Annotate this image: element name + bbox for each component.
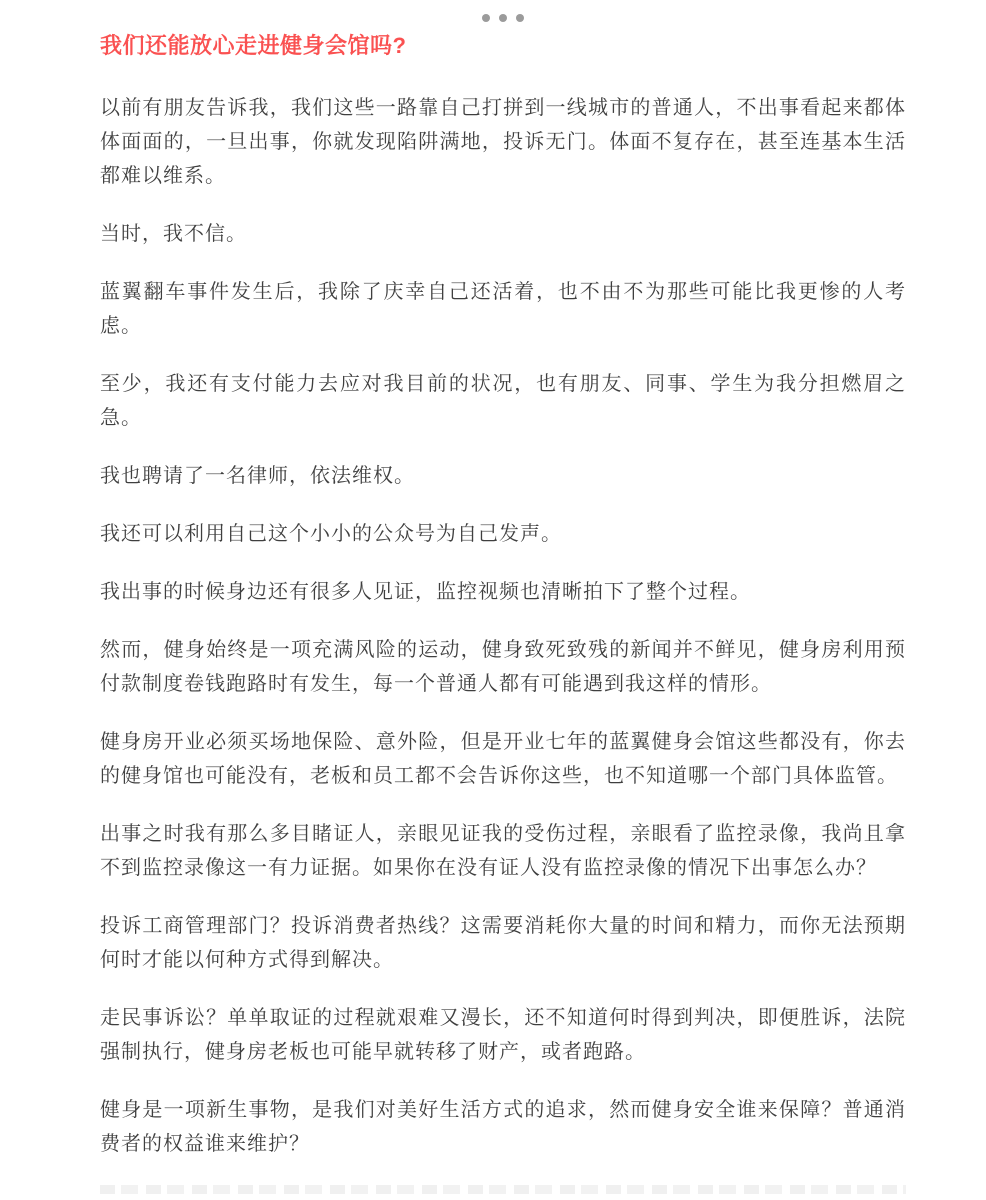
more-menu-button[interactable] xyxy=(100,14,906,22)
article-paragraph: 投诉工商管理部门？投诉消费者热线？这需要消耗你大量的时间和精力，而你无法预期何时… xyxy=(100,909,906,977)
article-paragraph: 以前有朋友告诉我，我们这些一路靠自己打拼到一线城市的普通人，不出事看起来都体体面… xyxy=(100,91,906,193)
article-paragraph: 走民事诉讼？单单取证的过程就艰难又漫长，还不知道何时得到判决，即便胜诉，法院强制… xyxy=(100,1001,906,1069)
article-paragraph: 蓝翼翻车事件发生后，我除了庆幸自己还活着，也不由不为那些可能比我更惨的人考虑。 xyxy=(100,275,906,343)
article-paragraph: 当时，我不信。 xyxy=(100,217,906,251)
article-paragraph: 我出事的时候身边还有很多人见证，监控视频也清晰拍下了整个过程。 xyxy=(100,575,906,609)
article-page: 我们还能放心走进健身会馆吗? 以前有朋友告诉我，我们这些一路靠自己打拼到一线城市… xyxy=(0,0,986,1194)
article-paragraph: 出事之时我有那么多目睹证人，亲眼见证我的受伤过程，亲眼看了监控录像，我尚且拿不到… xyxy=(100,817,906,885)
article-paragraph: 然而，健身始终是一项充满风险的运动，健身致死致残的新闻并不鲜见，健身房利用预付款… xyxy=(100,633,906,701)
article-body: 以前有朋友告诉我，我们这些一路靠自己打拼到一线城市的普通人，不出事看起来都体体面… xyxy=(100,91,906,1161)
ellipsis-dot-icon xyxy=(516,14,524,22)
article-paragraph: 健身是一项新生事物，是我们对美好生活方式的追求，然而健身安全谁来保障？普通消费者… xyxy=(100,1093,906,1161)
ellipsis-dot-icon xyxy=(499,14,507,22)
clipped-text-line xyxy=(100,1185,906,1194)
article-paragraph: 健身房开业必须买场地保险、意外险，但是开业七年的蓝翼健身会馆这些都没有，你去的健… xyxy=(100,725,906,793)
article-paragraph: 我还可以利用自己这个小小的公众号为自己发声。 xyxy=(100,517,906,551)
article-paragraph: 我也聘请了一名律师，依法维权。 xyxy=(100,459,906,493)
article-title: 我们还能放心走进健身会馆吗? xyxy=(100,31,906,61)
article-paragraph: 至少，我还有支付能力去应对我目前的状况，也有朋友、同事、学生为我分担燃眉之急。 xyxy=(100,367,906,435)
ellipsis-dot-icon xyxy=(482,14,490,22)
